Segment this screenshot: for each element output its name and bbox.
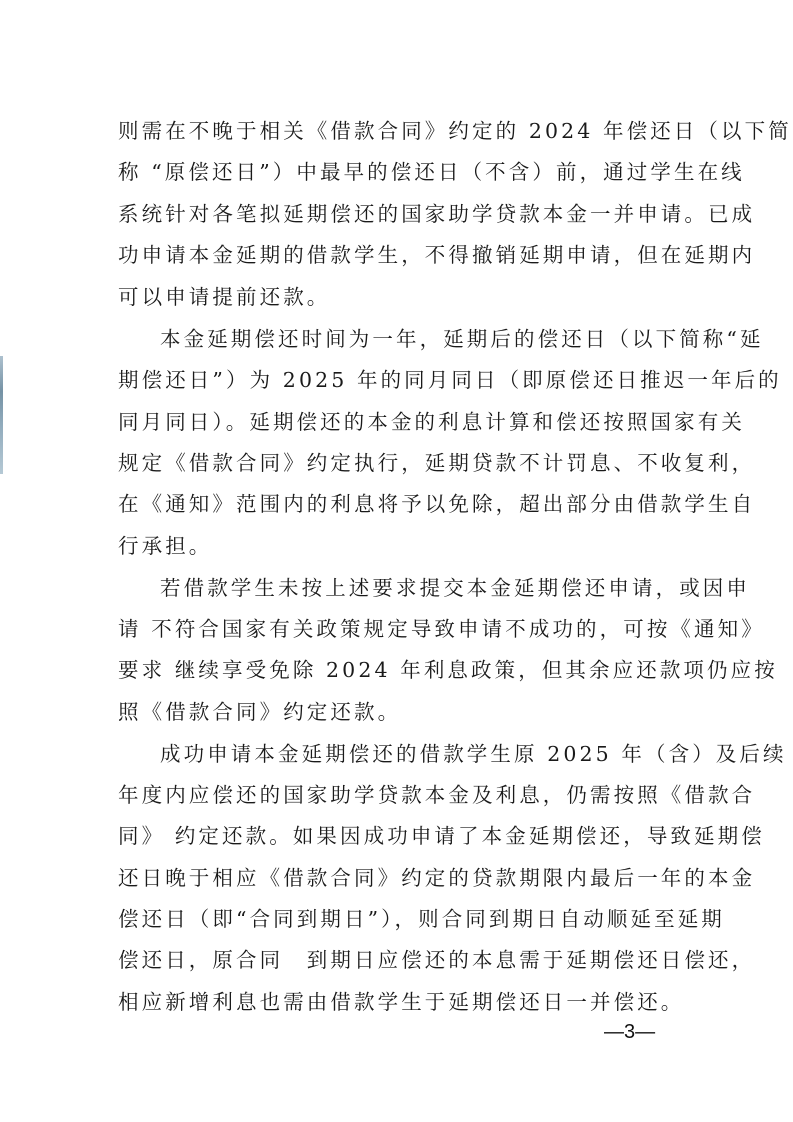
text-line: 在《通知》范围内的利息将予以免除，超出部分由借款学生自: [118, 489, 714, 519]
text-line: 年度内应偿还的国家助学贷款本金及利息，仍需按照《借款合: [118, 780, 714, 810]
document-page: 则需在不晚于相关《借款合同》约定的 2024 年偿还日（以下简 称 “原偿还日”…: [0, 0, 793, 1122]
text-line: 偿还日（即“合同到期日”），则合同到期日自动顺延至延期: [118, 904, 714, 934]
text-line: 本金延期偿还时间为一年，延期后的偿还日（以下简称“延: [160, 324, 714, 354]
text-line: 规定《借款合同》约定执行，延期贷款不计罚息、不收复利，: [118, 448, 714, 478]
text-line: 偿还日，原合同 到期日应偿还的本息需于延期偿还日偿还，: [118, 945, 714, 975]
text-line: 请 不符合国家有关政策规定导致申请不成功的，可按《通知》: [118, 614, 714, 644]
text-line: 同月同日）。延期偿还的本金的利息计算和偿还按照国家有关: [118, 407, 714, 437]
text-line: 功申请本金延期的借款学生，不得撤销延期申请，但在延期内: [118, 240, 714, 270]
text-line: 称 “原偿还日”）中最早的偿还日（不含）前，通过学生在线: [118, 157, 714, 187]
text-line: 照《借款合同》约定还款。: [118, 697, 401, 727]
text-line: 还日晚于相应《借款合同》约定的贷款期限内最后一年的本金: [118, 863, 714, 893]
text-line: 相应新增利息也需由借款学生于延期偿还日一并偿还。: [118, 987, 684, 1017]
text-line: 期偿还日”）为 2025 年的同月同日（即原偿还日推迟一年后的: [118, 365, 714, 395]
page-number: —3—: [604, 1020, 655, 1044]
text-line: 行承担。: [118, 531, 212, 561]
text-line: 若借款学生未按上述要求提交本金延期偿还申请，或因申: [160, 573, 714, 603]
text-line: 要求 继续享受免除 2024 年利息政策，但其余应还款项仍应按: [118, 655, 714, 685]
text-line: 则需在不晚于相关《借款合同》约定的 2024 年偿还日（以下简: [118, 116, 714, 146]
text-line: 成功申请本金延期偿还的借款学生原 2025 年（含）及后续: [160, 739, 714, 769]
text-line: 同》 约定还款。如果因成功申请了本金延期偿还，导致延期偿: [118, 821, 714, 851]
scan-edge-artifact: [0, 356, 3, 474]
text-line: 可以申请提前还款。: [118, 282, 330, 312]
text-line: 系统针对各笔拟延期偿还的国家助学贷款本金一并申请。已成: [118, 199, 714, 229]
